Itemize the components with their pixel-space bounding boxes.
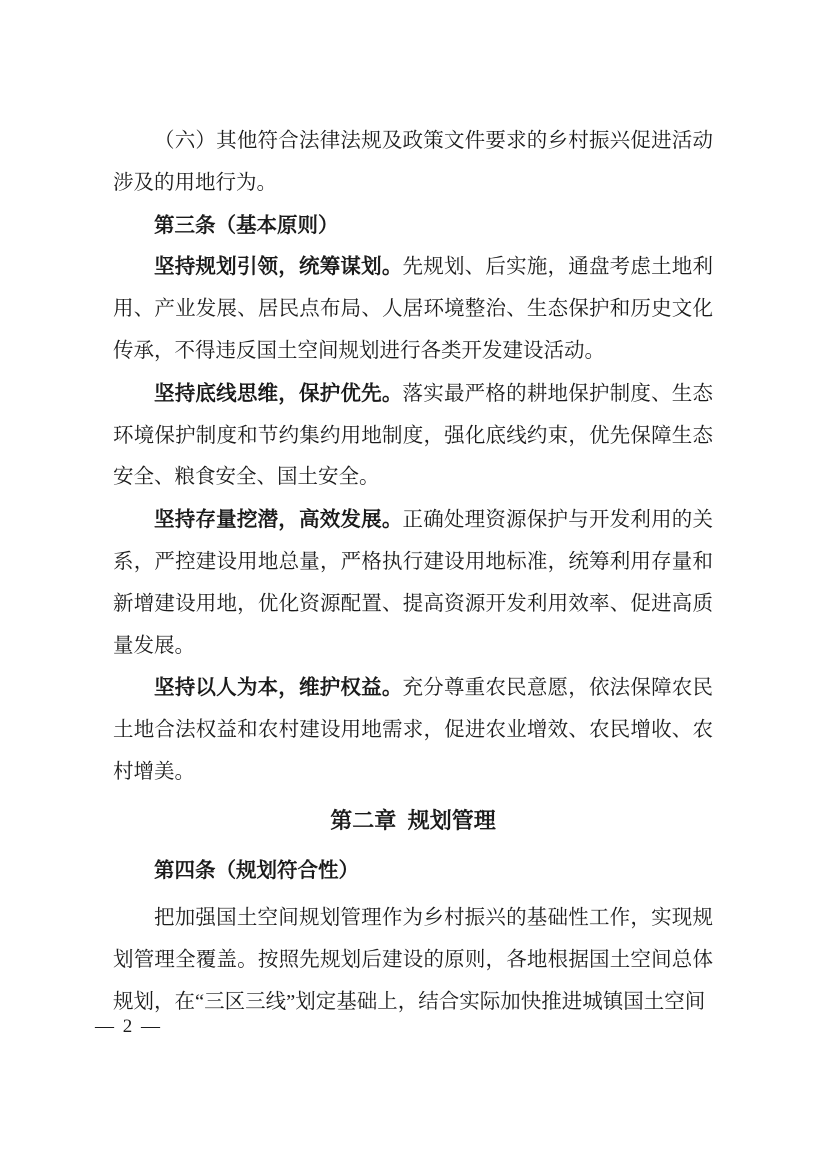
principle-paragraph-bottom-line: 坚持底线思维，保护优先。落实最严格的耕地保护制度、生态环境保护制度和节约集约用地… bbox=[113, 373, 713, 499]
principle-lead-people-first: 坚持以人为本，维护权益。 bbox=[154, 676, 403, 699]
principle-paragraph-people-first: 坚持以人为本，维护权益。充分尊重农民意愿，依法保障农民土地合法权益和农村建设用地… bbox=[113, 667, 713, 793]
clause-item-6: （六）其他符合法律法规及政策文件要求的乡村振兴促进活动涉及的用地行为。 bbox=[113, 121, 713, 205]
principle-paragraph-planning: 坚持规划引领，统筹谋划。先规划、后实施，通盘考虑土地利用、产业发展、居民点布局、… bbox=[113, 246, 713, 372]
article-3-heading: 第三条（基本原则） bbox=[113, 205, 713, 247]
document-page: （六）其他符合法律法规及政策文件要求的乡村振兴促进活动涉及的用地行为。 第三条（… bbox=[0, 0, 826, 1169]
principle-lead-stock-potential: 坚持存量挖潜，高效发展。 bbox=[154, 508, 403, 531]
article-4-heading: 第四条（规划符合性） bbox=[113, 850, 713, 892]
principle-lead-bottom-line: 坚持底线思维，保护优先。 bbox=[154, 382, 403, 405]
page-number: — 2 — bbox=[95, 1014, 162, 1040]
chapter-2-heading: 第二章 规划管理 bbox=[113, 800, 713, 842]
document-body: （六）其他符合法律法规及政策文件要求的乡村振兴促进活动涉及的用地行为。 第三条（… bbox=[113, 121, 713, 1024]
principle-lead-planning: 坚持规划引领，统筹谋划。 bbox=[154, 255, 403, 278]
principle-paragraph-stock-potential: 坚持存量挖潜，高效发展。正确处理资源保护与开发利用的关系，严控建设用地总量，严格… bbox=[113, 499, 713, 667]
principle-body-stock-potential: 正确处理资源保护与开发利用的关系，严控建设用地总量，严格执行建设用地标准，统筹利… bbox=[113, 509, 713, 656]
article-4-paragraph: 把加强国土空间规划管理作为乡村振兴的基础性工作，实现规划管理全覆盖。按照先规划后… bbox=[113, 898, 713, 1023]
